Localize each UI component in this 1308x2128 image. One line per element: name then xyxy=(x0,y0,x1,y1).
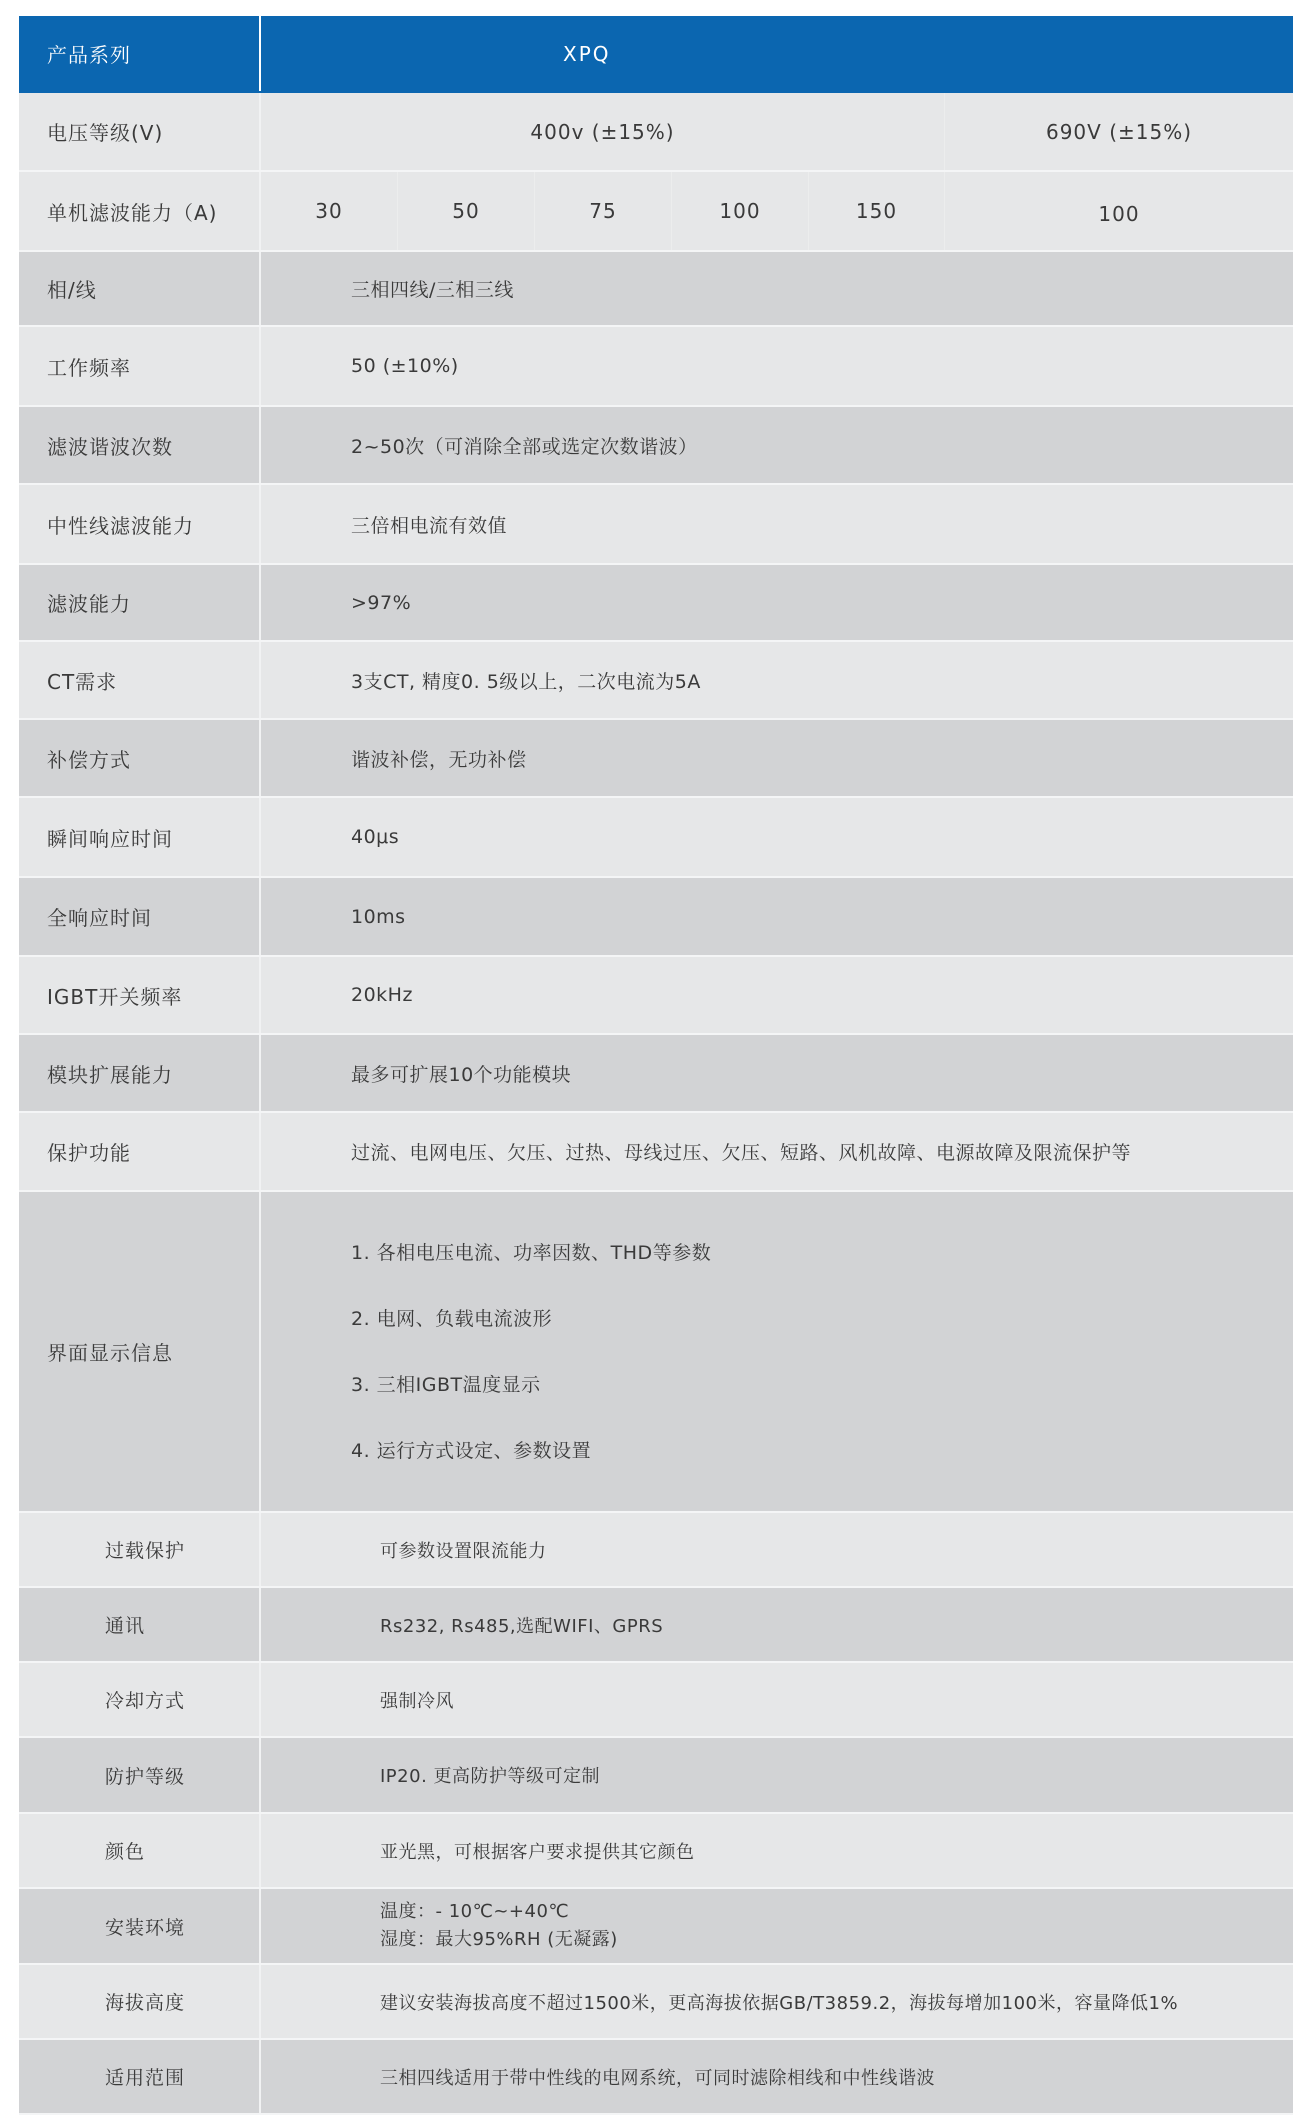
lower-spec-value: 可参数设置限流能力 xyxy=(261,1513,1293,1586)
lower-spec-row: 适用范围 三相四线适用于带中性线的电网系统，可同时滤除相线和中性线谐波 xyxy=(19,2040,1293,2115)
display-info-item: 1. 各相电压电流、功率因数、THD等参数 xyxy=(351,1220,711,1286)
voltage-690v: 690V (±15%) xyxy=(945,93,1293,170)
spec-row: 滤波能力 >97% xyxy=(19,565,1293,642)
spec-label: 补偿方式 xyxy=(19,720,261,796)
spec-row: 中性线滤波能力 三倍相电流有效值 xyxy=(19,485,1293,565)
spec-row: 相/线 三相四线/三相三线 xyxy=(19,252,1293,327)
spec-value: 三倍相电流有效值 xyxy=(261,485,1293,563)
spec-row: 工作频率 50 (±10%) xyxy=(19,327,1293,407)
spec-label: 全响应时间 xyxy=(19,878,261,955)
spec-row: 全响应时间 10ms xyxy=(19,878,1293,957)
spec-label: 瞬间响应时间 xyxy=(19,798,261,876)
lower-spec-label: 防护等级 xyxy=(19,1738,261,1812)
lower-spec-label: 冷却方式 xyxy=(19,1663,261,1736)
spec-row: 模块扩展能力 最多可扩展10个功能模块 xyxy=(19,1035,1293,1113)
lower-spec-value: 温度：- 10℃~+40℃ 湿度：最大95%RH (无凝露) xyxy=(261,1889,1293,1963)
lower-spec-label: 颜色 xyxy=(19,1814,261,1887)
header-label: 产品系列 xyxy=(19,16,261,91)
voltage-400v: 400v (±15%) xyxy=(261,93,945,170)
lower-spec-label: 安装环境 xyxy=(19,1889,261,1963)
capacity-400v-100: 100 xyxy=(672,172,809,250)
display-info-label: 界面显示信息 xyxy=(19,1192,261,1511)
lower-spec-row: 颜色 亚光黑，可根据客户要求提供其它颜色 xyxy=(19,1814,1293,1889)
spec-label: 工作频率 xyxy=(19,327,261,405)
lower-spec-label: 海拔高度 xyxy=(19,1965,261,2038)
header-value: XPQ xyxy=(261,16,1293,91)
env-temperature: 温度：- 10℃~+40℃ xyxy=(380,1898,569,1926)
spec-value: 3支CT, 精度0. 5级以上，二次电流为5A xyxy=(261,642,1293,718)
spec-label: 中性线滤波能力 xyxy=(19,485,261,563)
spec-row: 保护功能 过流、电网电压、欠压、过热、母线过压、欠压、短路、风机故障、电源故障及… xyxy=(19,1113,1293,1192)
spec-value: 50 (±10%) xyxy=(261,327,1293,405)
lower-spec-row: 海拔高度 建议安装海拔高度不超过1500米，更高海拔依据GB/T3859.2，海… xyxy=(19,1965,1293,2040)
spec-label: 滤波谐波次数 xyxy=(19,407,261,483)
display-info-item: 4. 运行方式设定、参数设置 xyxy=(351,1418,591,1484)
spec-value: 过流、电网电压、欠压、过热、母线过压、欠压、短路、风机故障、电源故障及限流保护等 xyxy=(261,1113,1293,1190)
spec-row: 滤波谐波次数 2~50次（可消除全部或选定次数谐波） xyxy=(19,407,1293,485)
lower-spec-value: Rs232, Rs485,选配WIFI、GPRS xyxy=(261,1588,1293,1661)
spec-row: 补偿方式 谐波补偿，无功补偿 xyxy=(19,720,1293,798)
spec-label: CT需求 xyxy=(19,642,261,718)
spec-label: 滤波能力 xyxy=(19,565,261,640)
capacity-400v-30: 30 xyxy=(261,172,398,250)
spec-label: 模块扩展能力 xyxy=(19,1035,261,1111)
voltage-row: 电压等级(V) 400v (±15%) 690V (±15%) xyxy=(19,93,1293,172)
capacity-row: 单机滤波能力（A) 30 50 75 100 150 100 xyxy=(19,172,1293,252)
spec-row: IGBT开关频率 20kHz xyxy=(19,957,1293,1035)
capacity-label: 单机滤波能力（A) xyxy=(19,172,261,250)
capacity-400v-50: 50 xyxy=(398,172,535,250)
spec-value: 10ms xyxy=(261,878,1293,955)
table-header-row: 产品系列 XPQ xyxy=(19,16,1293,93)
lower-spec-row: 通讯 Rs232, Rs485,选配WIFI、GPRS xyxy=(19,1588,1293,1663)
spec-value: 最多可扩展10个功能模块 xyxy=(261,1035,1293,1111)
lower-spec-row: 安装环境 温度：- 10℃~+40℃ 湿度：最大95%RH (无凝露) xyxy=(19,1889,1293,1965)
spec-value: 20kHz xyxy=(261,957,1293,1033)
spec-value: 谐波补偿，无功补偿 xyxy=(261,720,1293,796)
lower-spec-row: 过载保护 可参数设置限流能力 xyxy=(19,1513,1293,1588)
lower-spec-value: IP20. 更高防护等级可定制 xyxy=(261,1738,1293,1812)
lower-spec-label: 过载保护 xyxy=(19,1513,261,1586)
spec-value: 2~50次（可消除全部或选定次数谐波） xyxy=(261,407,1293,483)
display-info-row: 界面显示信息 1. 各相电压电流、功率因数、THD等参数 2. 电网、负载电流波… xyxy=(19,1192,1293,1513)
lower-spec-label: 通讯 xyxy=(19,1588,261,1661)
voltage-label: 电压等级(V) xyxy=(19,93,261,170)
capacity-400v-75: 75 xyxy=(535,172,672,250)
spec-label: 保护功能 xyxy=(19,1113,261,1190)
spec-value: 三相四线/三相三线 xyxy=(261,252,1293,325)
display-info-item: 3. 三相IGBT温度显示 xyxy=(351,1352,541,1418)
capacity-400v-150: 150 xyxy=(809,172,945,250)
lower-spec-value: 亚光黑，可根据客户要求提供其它颜色 xyxy=(261,1814,1293,1887)
display-info-item: 2. 电网、负载电流波形 xyxy=(351,1286,552,1352)
spec-row: CT需求 3支CT, 精度0. 5级以上，二次电流为5A xyxy=(19,642,1293,720)
lower-spec-row: 冷却方式 强制冷风 xyxy=(19,1663,1293,1738)
spec-row: 瞬间响应时间 40μs xyxy=(19,798,1293,878)
env-humidity: 湿度：最大95%RH (无凝露) xyxy=(380,1926,618,1954)
display-info-list: 1. 各相电压电流、功率因数、THD等参数 2. 电网、负载电流波形 3. 三相… xyxy=(261,1192,1293,1511)
lower-spec-row: 防护等级 IP20. 更高防护等级可定制 xyxy=(19,1738,1293,1814)
spec-value: >97% xyxy=(261,565,1293,640)
spec-label: IGBT开关频率 xyxy=(19,957,261,1033)
spec-label: 相/线 xyxy=(19,252,261,325)
lower-spec-value: 三相四线适用于带中性线的电网系统，可同时滤除相线和中性线谐波 xyxy=(261,2040,1293,2113)
spec-value: 40μs xyxy=(261,798,1293,876)
spec-table: 产品系列 XPQ 电压等级(V) 400v (±15%) 690V (±15%)… xyxy=(19,16,1293,2115)
lower-spec-label: 适用范围 xyxy=(19,2040,261,2113)
lower-spec-value: 建议安装海拔高度不超过1500米，更高海拔依据GB/T3859.2，海拔每增加1… xyxy=(261,1965,1293,2038)
capacity-690v-100: 100 xyxy=(945,172,1293,250)
lower-spec-value: 强制冷风 xyxy=(261,1663,1293,1736)
